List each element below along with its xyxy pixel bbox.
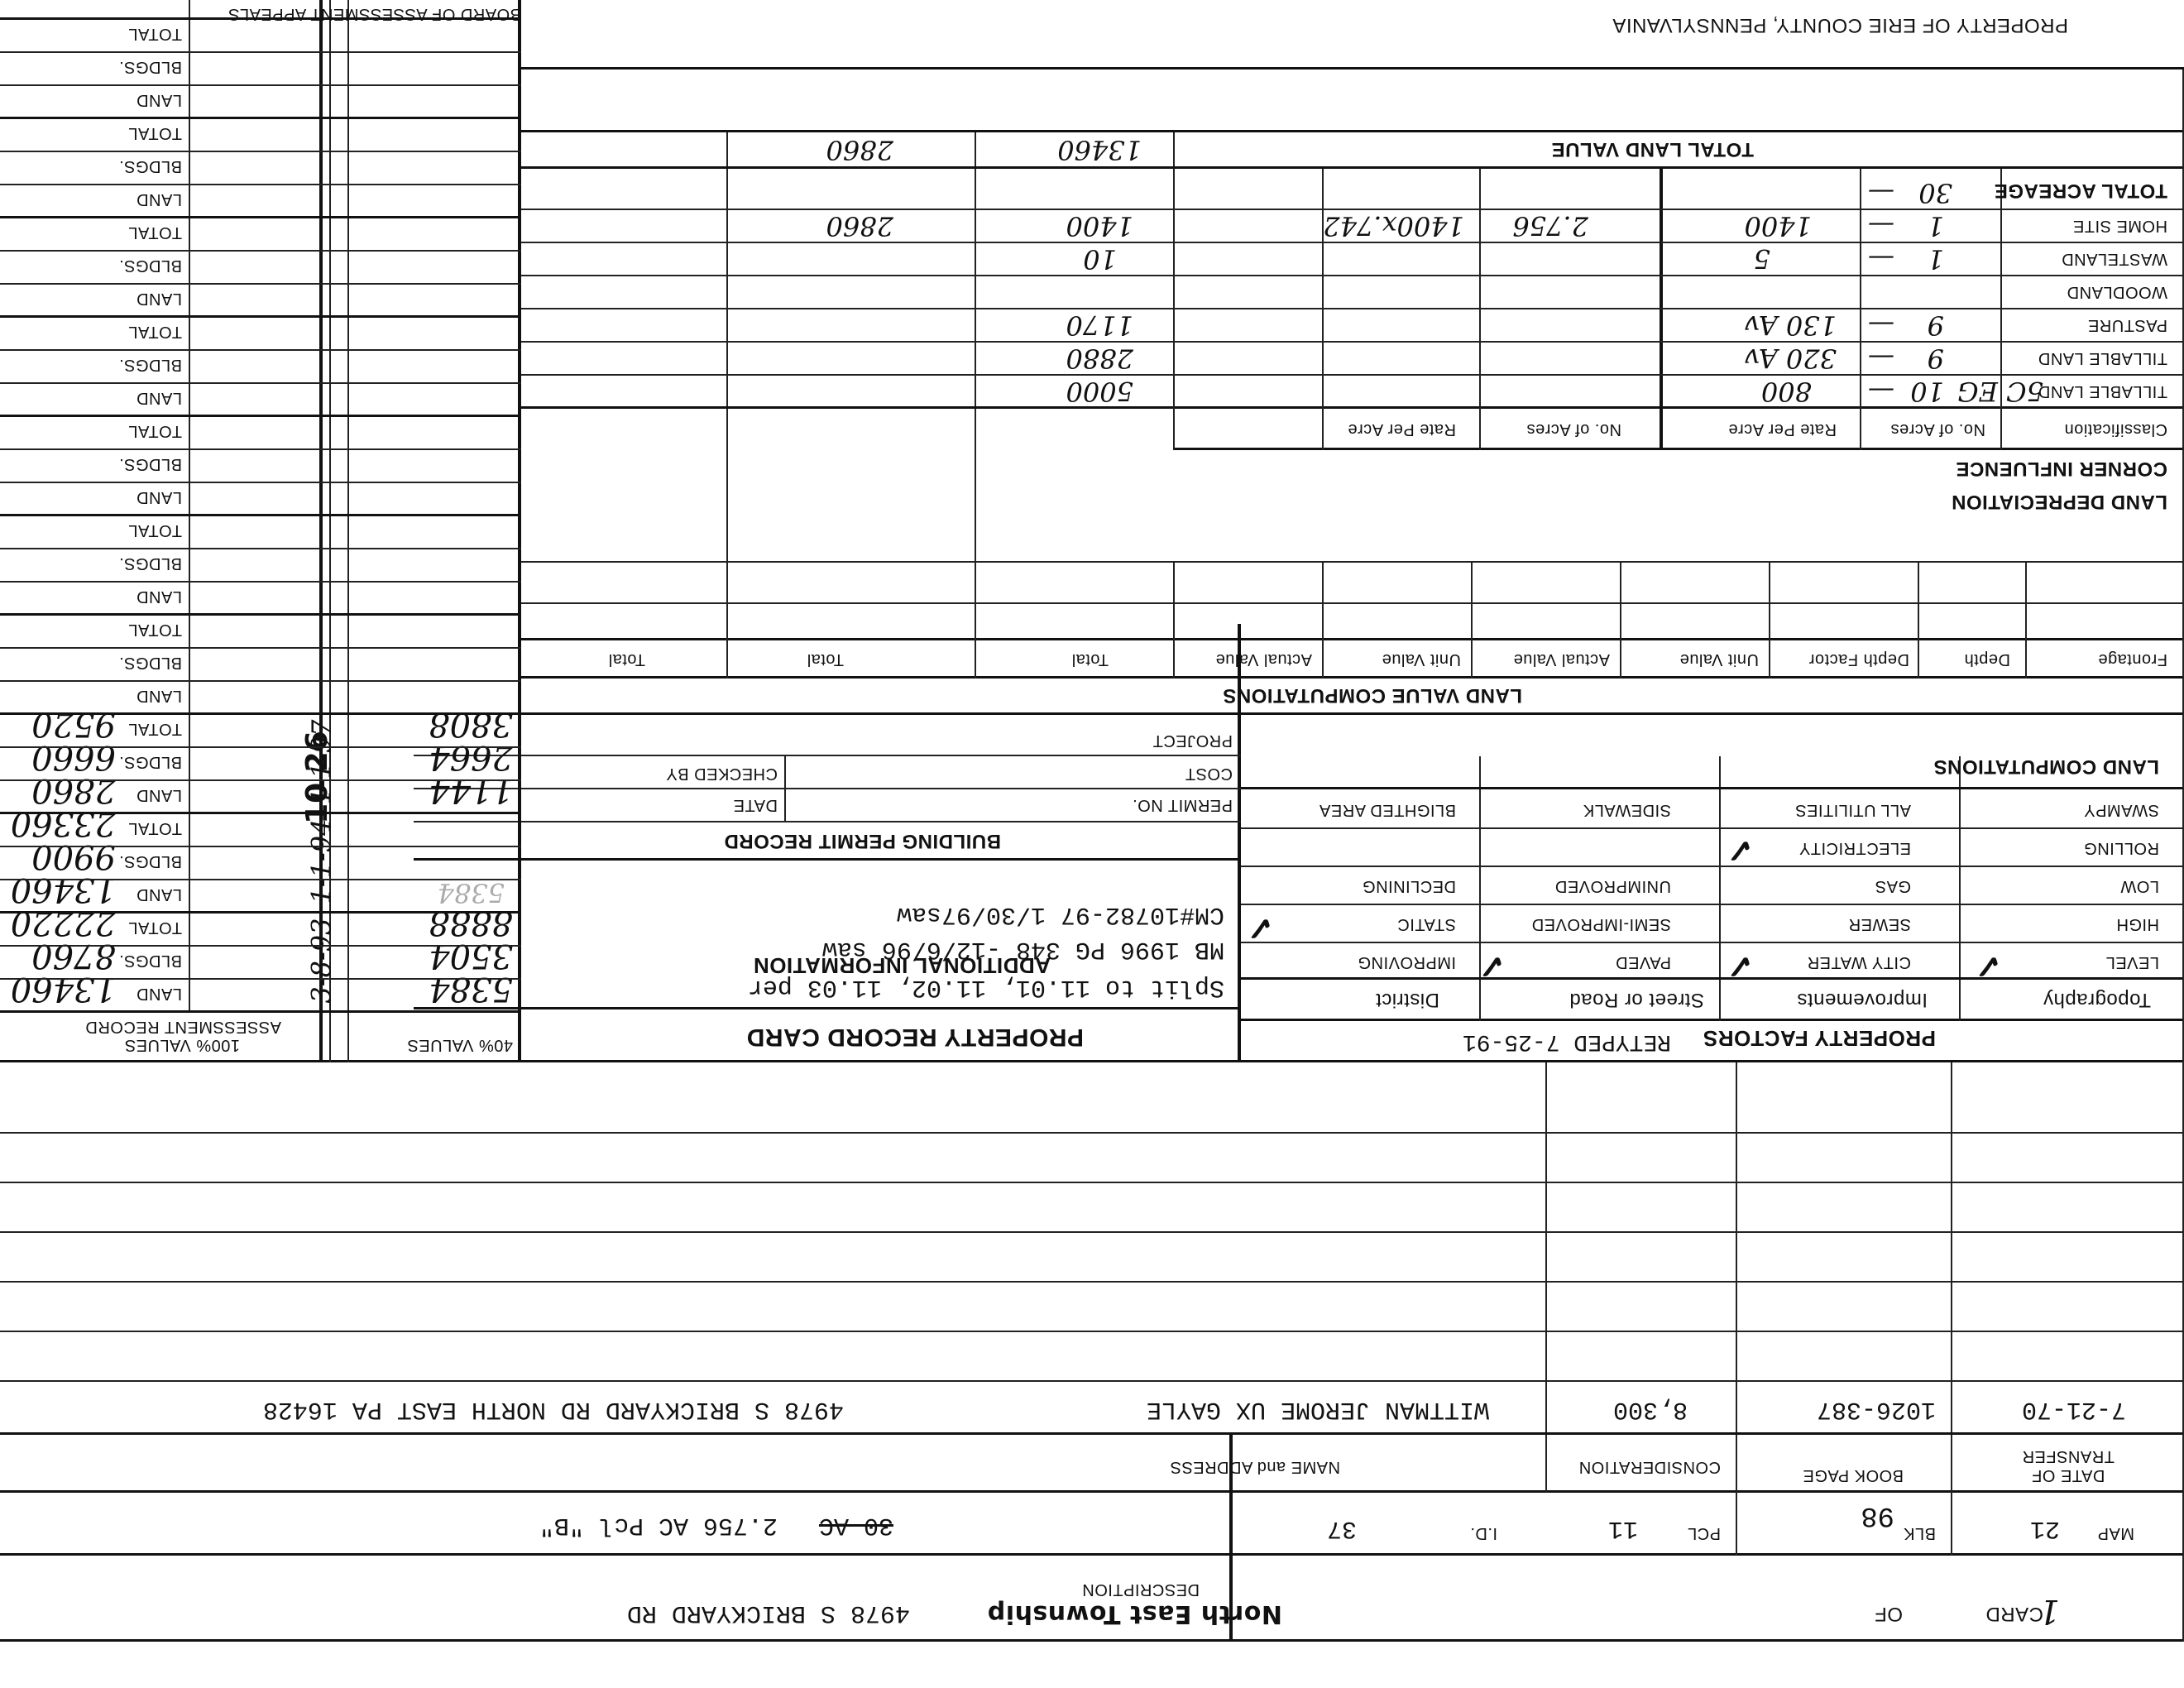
assessment-date-note: 1-1-94 [305, 818, 337, 904]
row-label-bldgs: BLDGS. [119, 355, 182, 374]
class-acres: 9 [1928, 309, 1944, 341]
class-col-acres-1: No. of Acres [1890, 420, 1985, 439]
description-acreage-struck: 30 AC [819, 1511, 893, 1539]
class-value: 2880 [1066, 343, 1133, 374]
retyped-note: RETYPED 7-25-91 [1463, 1029, 1671, 1054]
class-dash: — [1868, 210, 1894, 242]
row-label-total: TOTAL [128, 322, 182, 341]
total-100: 9520 [31, 705, 116, 743]
transfer-bookpage: 1026-387 [1817, 1395, 1936, 1423]
class-col-classification: Classification [2064, 420, 2167, 439]
class-rate: 130 Av [1745, 309, 1837, 341]
pf-col-district: District [1376, 988, 1439, 1011]
impr-gas: GAS [1875, 876, 1911, 895]
bldgs-100: 9900 [31, 837, 116, 875]
land-40: 5384 [429, 970, 513, 1008]
transfer-bookpage-header: BOOK PAGE [1795, 1465, 1911, 1484]
district-blighted: BLIGHTED AREA [1319, 800, 1456, 819]
transfer-name: WITTMAN JEROME UX GAYLE [1147, 1395, 1489, 1423]
district-declining: DECLINING [1363, 876, 1456, 895]
map-value: 21 [2030, 1514, 2060, 1542]
row-label-total: TOTAL [128, 818, 182, 837]
row-label-total: TOTAL [128, 421, 182, 440]
land-100: 2860 [31, 771, 116, 809]
class-rate-2: 1400x.742 [1323, 210, 1464, 242]
impr-all-utilities: ALL UTILITIES [1795, 800, 1911, 819]
pct100-label: 100% VALUES [124, 1035, 240, 1054]
pf-col-street: Street or Road [1569, 988, 1704, 1011]
assessment-date-note: 3-8-93 [305, 918, 337, 1003]
lvc-col-actual-value-1: Actual Value [1513, 650, 1610, 669]
description-address: 4978 S BRICKYARD RD [627, 1599, 910, 1627]
pcl-label: PCL [1688, 1523, 1721, 1542]
id-value: 37 [1327, 1514, 1357, 1542]
land-40: 1144 [429, 771, 513, 809]
card-of-label: OF [1875, 1602, 1903, 1625]
assessment-title: ASSESSMENT RECORD [85, 1017, 281, 1036]
permit-no-label: PERMIT NO. [1133, 795, 1233, 814]
lvc-col-total-2: Total [807, 650, 844, 669]
permit-project-label: PROJECT [1152, 731, 1233, 750]
class-col-rate-1: Rate Per Acre [1728, 420, 1837, 439]
total-40: 3808 [429, 705, 513, 743]
class-acres: 9 [1928, 343, 1944, 374]
class-value-2: 2860 [826, 210, 893, 242]
owner-line: PROPERTY OF ERIE COUNTY, PENNSYLVANIA [1612, 13, 2068, 36]
class-dash: — [1868, 309, 1894, 341]
topo-swampy: SWAMPY [2084, 800, 2159, 819]
total-land-value-2: 2860 [826, 134, 893, 165]
check-icon: ✓ [1478, 947, 1506, 985]
class-value: 1400 [1066, 210, 1133, 242]
class-acres: 1 [1928, 210, 1944, 242]
class-label: PASTURE [2088, 315, 2167, 334]
topo-low: LOW [2120, 876, 2159, 895]
id-label: I.D. [1470, 1523, 1497, 1542]
permit-cost-label: COST [1185, 764, 1233, 783]
row-label-land: LAND [136, 785, 182, 804]
lvc-col-total-3: Total [608, 650, 645, 669]
note-line-3: CM#10782-97 1/30/97saw [897, 900, 1224, 928]
map-label: MAP [2097, 1523, 2134, 1542]
street-sidewalk: SIDEWALK [1583, 800, 1671, 819]
bldgs-100: 6660 [31, 738, 116, 776]
street-semi-improved: SEMI-IMPROVED [1531, 914, 1671, 933]
class-col-rate-2: Rate Per Acre [1348, 420, 1456, 439]
class-rate: 5 [1754, 243, 1770, 275]
topo-high: HIGH [2116, 914, 2159, 933]
property-record-card: CARD 1 OF North East Township DESCRIPTIO… [0, 0, 2184, 1688]
property-record-title: PROPERTY RECORD CARD [746, 1023, 1084, 1051]
land-computations-title: LAND COMPUTATIONS [1933, 755, 2159, 778]
board-line: BOARD OF ASSESSMENT APPEALS [228, 4, 521, 23]
street-paved: PAVED [1616, 952, 1671, 971]
impr-sewer: SEWER [1848, 914, 1911, 933]
class-rate: 800 [1761, 376, 1812, 407]
bldgs-100: 8760 [31, 937, 116, 975]
row-label-total: TOTAL [128, 918, 182, 937]
row-label-bldgs: BLDGS. [119, 851, 182, 870]
class-value: 5000 [1066, 376, 1133, 407]
row-label-land: LAND [136, 984, 182, 1003]
property-factors-title: PROPERTY FACTORS [1703, 1025, 1936, 1051]
bldgs-40: 3504 [429, 937, 513, 975]
row-label-land: LAND [136, 289, 182, 308]
class-acres: 30 [1918, 177, 1952, 209]
class-label: TILLABLE LAND [2038, 348, 2167, 367]
impr-city-water: CITY WATER [1807, 952, 1911, 971]
check-icon: ✓ [1726, 947, 1754, 985]
row-label-total: TOTAL [128, 24, 182, 43]
row-label-land: LAND [136, 90, 182, 109]
row-label-bldgs: BLDGS. [119, 752, 182, 771]
row-label-bldgs: BLDGS. [119, 256, 182, 275]
impr-electricity: ELECTRICITY [1798, 838, 1911, 857]
lvc-col-actual-value-2: Actual Value [1215, 650, 1312, 669]
stamp-mark: 10 26 [300, 731, 334, 824]
lvc-col-depth-factor: Depth Factor [1808, 650, 1909, 669]
transfer-consideration-header: CONSIDERATION [1578, 1457, 1721, 1476]
row-label-total: TOTAL [128, 123, 182, 142]
class-label: TOTAL ACREAGE [1994, 179, 2167, 202]
street-unimproved: UNIMPROVED [1554, 876, 1671, 895]
row-label-land: LAND [136, 487, 182, 506]
transfer-address: 4978 S BRICKYARD RD NORTH EAST PA 16428 [263, 1395, 844, 1423]
blk-label: BLK [1904, 1523, 1936, 1542]
class-acres: 10 [1910, 376, 1944, 407]
land-depreciation-label: LAND DEPRECIATION [1952, 490, 2167, 513]
transfer-date-header: DATE OF TRANSFER [1994, 1446, 2143, 1484]
class-acres: 1 [1928, 243, 1944, 275]
row-label-bldgs: BLDGS. [119, 57, 182, 76]
class-label: HOME SITE [2072, 216, 2167, 235]
class-dash: — [1868, 343, 1894, 374]
check-icon: ✓ [1974, 947, 2002, 985]
note-line-2: MB 1996 PG 348 -12/6/96 saw [822, 935, 1224, 963]
corner-influence-label: CORNER INFLUENCE [1956, 457, 2167, 480]
lvc-col-unit-value-2: Unit Value [1382, 650, 1461, 669]
transfer-consideration: 8,300 [1613, 1395, 1688, 1423]
transfer-date: 7-21-70 [2022, 1395, 2126, 1423]
class-rate: 320 Av [1745, 343, 1837, 374]
total-100: 22220 [11, 904, 116, 942]
lvc-col-depth: Depth [1964, 650, 2010, 669]
total-land-value: 13460 [1057, 134, 1142, 165]
row-label-total: TOTAL [128, 719, 182, 738]
township-name: North East Township [987, 1599, 1282, 1628]
class-rate: 1400 [1745, 210, 1812, 242]
pf-col-topography: Topography [2043, 988, 2151, 1011]
row-label-total: TOTAL [128, 620, 182, 639]
class-code: 5C EG [1957, 376, 2043, 407]
class-dash: — [1868, 243, 1894, 275]
transfer-name-header: NAME and ADDRESS [1170, 1457, 1340, 1476]
land-100: 13460 [11, 970, 116, 1008]
description-label: DESCRIPTION [1082, 1580, 1200, 1599]
card-label: CARD [1985, 1602, 2043, 1625]
class-dash: — [1868, 177, 1894, 209]
row-label-land: LAND [136, 189, 182, 209]
land-value-computations-title: LAND VALUE COMPUTATIONS [1223, 683, 1522, 707]
pcl-value: 11 [1608, 1514, 1638, 1542]
total-40: 8888 [429, 904, 513, 942]
building-permit-title: BUILDING PERMIT RECORD [724, 829, 1001, 852]
class-value: 10 [1083, 243, 1117, 275]
permit-checked-by-label: CHECKED BY [666, 764, 778, 783]
row-label-land: LAND [136, 686, 182, 705]
row-label-bldgs: BLDGS. [119, 951, 182, 970]
lvc-col-frontage: Frontage [2098, 650, 2167, 669]
permit-date-label: DATE [733, 795, 778, 814]
check-icon: ✓ [1726, 831, 1754, 869]
topo-rolling: ROLLING [2084, 838, 2159, 857]
pct40-label: 40% VALUES [407, 1035, 513, 1054]
description-acreage: 2.756 AC Pcl "B" [539, 1511, 778, 1539]
row-label-land: LAND [136, 587, 182, 606]
district-improving: IMPROVING [1358, 952, 1456, 971]
row-label-bldgs: BLDGS. [119, 156, 182, 175]
row-label-total: TOTAL [128, 223, 182, 242]
card-number: 1 [2039, 1592, 2060, 1630]
class-label: TILLABLE LAND [2038, 381, 2167, 400]
total-100: 23360 [11, 804, 116, 842]
topo-level: LEVEL [2105, 952, 2159, 971]
row-label-land: LAND [136, 388, 182, 407]
class-dash: — [1868, 376, 1894, 407]
class-label: WOODLAND [2067, 282, 2167, 301]
row-label-bldgs: BLDGS. [119, 653, 182, 672]
pf-col-improvements: Improvements [1797, 988, 1928, 1011]
row-label-total: TOTAL [128, 520, 182, 539]
land-100: 13460 [11, 870, 116, 909]
total-land-value-label: TOTAL LAND VALUE [1551, 137, 1754, 161]
class-value: 1170 [1066, 309, 1133, 341]
class-col-acres-2: No. of Acres [1526, 420, 1621, 439]
class-label: WASTELAND [2062, 249, 2167, 268]
lvc-col-unit-value-1: Unit Value [1679, 650, 1759, 669]
row-label-bldgs: BLDGS. [119, 554, 182, 573]
bldgs-40: 2664 [429, 738, 513, 776]
row-label-land: LAND [136, 885, 182, 904]
land-40: 5384 [438, 877, 505, 909]
blk-value: 98 [1861, 1499, 1894, 1531]
district-static: STATIC [1397, 914, 1456, 933]
class-acres-2: 2.756 [1512, 210, 1588, 242]
lvc-col-total-1: Total [1071, 650, 1109, 669]
row-label-bldgs: BLDGS. [119, 454, 182, 473]
